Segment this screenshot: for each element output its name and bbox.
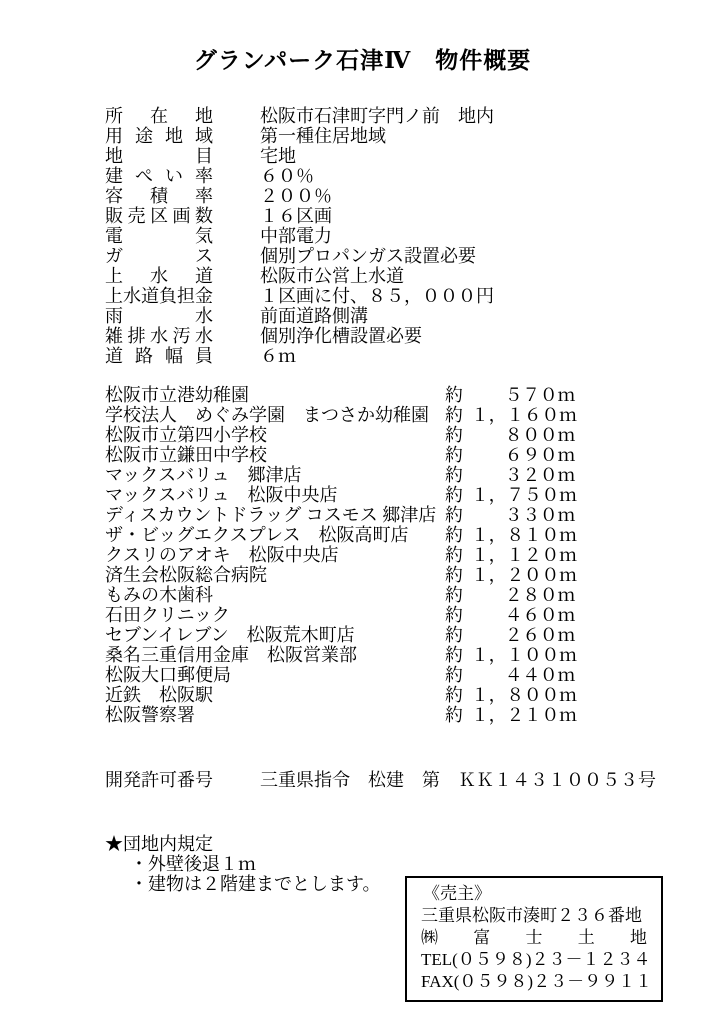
property-detail-row: 雨水前面道路側溝 — [105, 306, 725, 326]
facility-row: 松阪市立第四小学校 約 ８００ｍ — [105, 425, 575, 445]
facility-name: ディスカウントドラッグ コスモス 郷津店 — [105, 505, 445, 525]
facility-distance: ２８０ｍ — [471, 585, 575, 605]
property-detail-label: 雨水 — [105, 306, 213, 326]
property-detail-value: 個別プロパンガス設置必要 — [260, 246, 476, 266]
facility-distance: ６９０ｍ — [471, 445, 575, 465]
facility-approx-label: 約 — [445, 385, 471, 405]
property-detail-value: 個別浄化槽設置必要 — [260, 326, 422, 346]
property-detail-value: １６区画 — [260, 206, 332, 226]
facility-row: ディスカウントドラッグ コスモス 郷津店 約 ３３０ｍ — [105, 505, 575, 525]
facility-distance: １，１００ｍ — [471, 645, 575, 665]
facility-row: ザ・ビッグエクスプレス 松阪高町店 約 １，８１０ｍ — [105, 525, 575, 545]
property-detail-label: 所在地 — [105, 106, 213, 126]
facility-distance: ４６０ｍ — [471, 605, 575, 625]
property-detail-value: ６０％ — [260, 166, 314, 186]
facility-distance: ３２０ｍ — [471, 465, 575, 485]
facility-distance: １，８００ｍ — [471, 685, 575, 705]
seller-box: 《売主》 三重県松阪市湊町２３６番地 ㈱富士土地 TEL(０５９８)２３－１２３… — [405, 876, 663, 1002]
facility-row: 桑名三重信用金庫 松阪営業部 約 １，１００ｍ — [105, 645, 575, 665]
facility-row: 松阪市立港幼稚園 約 ５７０ｍ — [105, 385, 575, 405]
property-detail-value: ６ｍ — [260, 346, 296, 366]
facility-name: 松阪市立第四小学校 — [105, 425, 445, 445]
facility-name: 松阪市立鎌田中学校 — [105, 445, 445, 465]
property-detail-label: ガス — [105, 246, 213, 266]
facility-row: セブンイレブン 松阪荒木町店 約 ２６０ｍ — [105, 625, 575, 645]
facility-row: マックスバリュ 松阪中央店 約 １，７５０ｍ — [105, 485, 575, 505]
regulation-item: ・外壁後退１ｍ — [130, 854, 725, 874]
property-detail-label: 販売区画数 — [105, 206, 213, 226]
property-detail-value: 宅地 — [260, 146, 296, 166]
facility-distance: １，１２０ｍ — [471, 545, 575, 565]
facility-approx-label: 約 — [445, 525, 471, 545]
property-detail-value: 第一種住居地域 — [260, 126, 386, 146]
property-detail-label: 容積率 — [105, 186, 213, 206]
facility-approx-label: 約 — [445, 585, 471, 605]
facility-distance: １，２００ｍ — [471, 565, 575, 585]
property-detail-row: 建ぺい率６０％ — [105, 166, 725, 186]
property-detail-label: 地目 — [105, 146, 213, 166]
facility-approx-label: 約 — [445, 685, 471, 705]
facility-row: クスリのアオキ 松阪中央店 約 １，１２０ｍ — [105, 545, 575, 565]
facility-distance: ５７０ｍ — [471, 385, 575, 405]
facility-approx-label: 約 — [445, 605, 471, 625]
seller-company-name: ㈱富士土地 — [421, 927, 647, 949]
facility-row: 学校法人 めぐみ学園 まつさか幼稚園 約 １，１６０ｍ — [105, 405, 575, 425]
property-detail-row: 所在地松阪市石津町字門ノ前 地内 — [105, 106, 725, 126]
facility-distance: ２６０ｍ — [471, 625, 575, 645]
property-detail-row: 上水道松阪市公営上水道 — [105, 266, 725, 286]
property-detail-row: 地目宅地 — [105, 146, 725, 166]
facility-approx-label: 約 — [445, 545, 471, 565]
facility-distance: １，７５０ｍ — [471, 485, 575, 505]
seller-heading: 《売主》 — [423, 883, 647, 905]
facility-name: 松阪大口郵便局 — [105, 665, 445, 685]
facility-name: 桑名三重信用金庫 松阪営業部 — [105, 645, 445, 665]
property-detail-label: 雑排水汚水 — [105, 326, 213, 346]
facility-approx-label: 約 — [445, 625, 471, 645]
facility-name: セブンイレブン 松阪荒木町店 — [105, 625, 445, 645]
facility-approx-label: 約 — [445, 425, 471, 445]
property-detail-row: 容積率２００％ — [105, 186, 725, 206]
facility-approx-label: 約 — [445, 505, 471, 525]
facility-row: 松阪市立鎌田中学校 約 ６９０ｍ — [105, 445, 575, 465]
seller-tel: TEL(０５９８)２３－１２３４ — [421, 949, 647, 971]
seller-address: 三重県松阪市湊町２３６番地 — [421, 905, 647, 927]
property-detail-label: 上水道 — [105, 266, 213, 286]
property-detail-value: 前面道路側溝 — [260, 306, 368, 326]
seller-fax: FAX(０５９８)２３－９９１１ — [421, 971, 647, 993]
facility-distance: １，８１０ｍ — [471, 525, 575, 545]
regulations-heading: ★団地内規定 — [105, 834, 725, 854]
property-detail-row: 雑排水汚水個別浄化槽設置必要 — [105, 326, 725, 346]
property-detail-value: ２００％ — [260, 186, 332, 206]
facility-approx-label: 約 — [445, 465, 471, 485]
property-detail-label: 用途地域 — [105, 126, 213, 146]
facility-name: 松阪市立港幼稚園 — [105, 385, 445, 405]
property-detail-label: 上水道負担金 — [105, 286, 213, 306]
facility-name: マックスバリュ 郷津店 — [105, 465, 445, 485]
facility-name: もみの木歯科 — [105, 585, 445, 605]
facility-name: 済生会松阪総合病院 — [105, 565, 445, 585]
development-permit-row: 開発許可番号三重県指令 松建 第 ＫＫ１４３１００５３号 — [105, 770, 725, 790]
facility-row: 済生会松阪総合病院 約 １，２００ｍ — [105, 565, 575, 585]
property-detail-value: １区画に付、８５，０００円 — [260, 286, 494, 306]
property-detail-label: 電気 — [105, 226, 213, 246]
property-detail-row: 道路幅員６ｍ — [105, 346, 725, 366]
property-detail-value: 松阪市公営上水道 — [260, 266, 404, 286]
facility-distance: ３３０ｍ — [471, 505, 575, 525]
facility-name: 近鉄 松阪駅 — [105, 685, 445, 705]
property-detail-label: 建ぺい率 — [105, 166, 213, 186]
facility-name: 学校法人 めぐみ学園 まつさか幼稚園 — [105, 405, 445, 425]
facility-name: 石田クリニック — [105, 605, 445, 625]
facility-name: クスリのアオキ 松阪中央店 — [105, 545, 445, 565]
page-title: グランパーク石津Ⅳ 物件概要 — [0, 0, 725, 75]
facility-approx-label: 約 — [445, 665, 471, 685]
development-permit-label: 開発許可番号 — [105, 770, 213, 790]
facility-row: マックスバリュ 郷津店 約 ３２０ｍ — [105, 465, 575, 485]
development-permit-value: 三重県指令 松建 第 ＫＫ１４３１００５３号 — [260, 770, 656, 790]
facility-row: 石田クリニック 約 ４６０ｍ — [105, 605, 575, 625]
facility-distance: １，２１０ｍ — [471, 705, 575, 725]
facility-row: もみの木歯科 約 ２８０ｍ — [105, 585, 575, 605]
property-detail-row: 販売区画数１６区画 — [105, 206, 725, 226]
facility-approx-label: 約 — [445, 445, 471, 465]
property-detail-value: 中部電力 — [260, 226, 332, 246]
document-page: グランパーク石津Ⅳ 物件概要 所在地松阪市石津町字門ノ前 地内 用途地域第一種住… — [0, 0, 725, 1024]
development-permit-section: 開発許可番号三重県指令 松建 第 ＫＫ１４３１００５３号 — [105, 770, 725, 790]
property-detail-row: 用途地域第一種住居地域 — [105, 126, 725, 146]
facility-approx-label: 約 — [445, 705, 471, 725]
facility-approx-label: 約 — [445, 405, 471, 425]
facility-approx-label: 約 — [445, 485, 471, 505]
facility-row: 近鉄 松阪駅 約 １，８００ｍ — [105, 685, 575, 705]
nearby-facilities-section: 松阪市立港幼稚園 約 ５７０ｍ 学校法人 めぐみ学園 まつさか幼稚園 約 １，１… — [105, 385, 575, 725]
property-detail-row: ガス個別プロパンガス設置必要 — [105, 246, 725, 266]
facility-name: 松阪警察署 — [105, 705, 445, 725]
facility-approx-label: 約 — [445, 645, 471, 665]
facility-distance: ４４０ｍ — [471, 665, 575, 685]
facility-distance: ８００ｍ — [471, 425, 575, 445]
property-detail-row: 電気中部電力 — [105, 226, 725, 246]
property-detail-value: 松阪市石津町字門ノ前 地内 — [260, 106, 494, 126]
facility-row: 松阪大口郵便局 約 ４４０ｍ — [105, 665, 575, 685]
facility-distance: １，１６０ｍ — [471, 405, 575, 425]
facility-name: マックスバリュ 松阪中央店 — [105, 485, 445, 505]
facility-name: ザ・ビッグエクスプレス 松阪高町店 — [105, 525, 445, 545]
property-detail-label: 道路幅員 — [105, 346, 213, 366]
facility-row: 松阪警察署 約 １，２１０ｍ — [105, 705, 575, 725]
facility-approx-label: 約 — [445, 565, 471, 585]
property-details-section: 所在地松阪市石津町字門ノ前 地内 用途地域第一種住居地域 地目宅地 建ぺい率６０… — [105, 106, 725, 366]
property-detail-row: 上水道負担金１区画に付、８５，０００円 — [105, 286, 725, 306]
